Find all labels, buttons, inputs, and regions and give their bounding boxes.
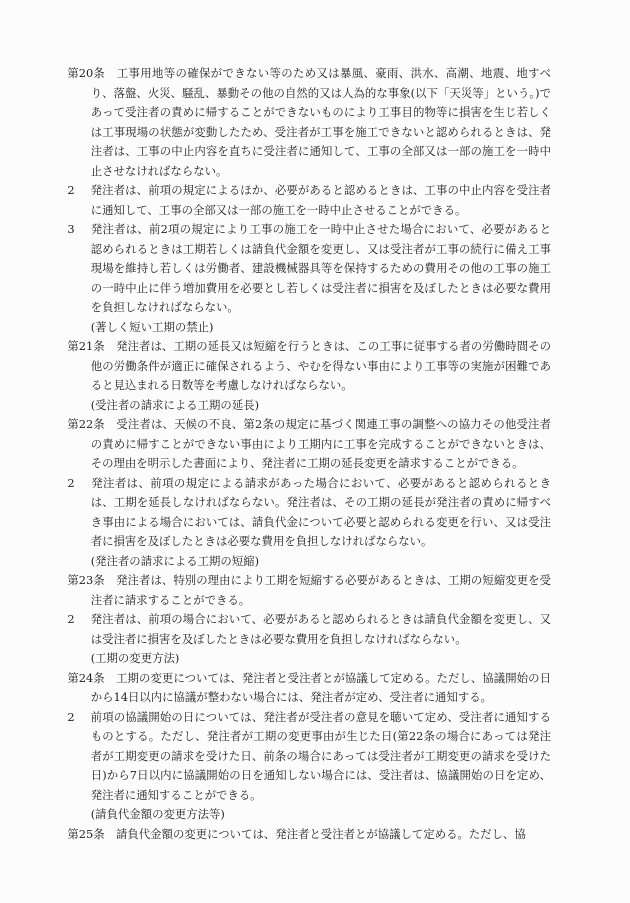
clause-text: 発注者は、前項の規定による請求があった場合において、必要があると認められるときは… — [91, 476, 551, 549]
clause-text: 発注者は、前2項の規定により工事の施工を一時中止させた場合において、必要があると… — [91, 222, 551, 314]
article-22-clause-2: 2 発注者は、前項の規定による請求があった場合において、必要があると認められると… — [79, 474, 551, 552]
article-22: 第22条 受注者は、天候の不良、第2条の規定に基づく関連工事の調整への協力その他… — [79, 415, 551, 474]
article-24: 第24条 工期の変更については、発注者と受注者とが協議して定める。ただし、協議開… — [79, 669, 551, 708]
document-page: 第20条 工事用地等の確保ができない等のため又は暴風、豪雨、洪水、高潮、地震、地… — [79, 64, 551, 844]
article-number: 第22条 — [79, 415, 105, 435]
article-20: 第20条 工事用地等の確保ができない等のため又は暴風、豪雨、洪水、高潮、地震、地… — [79, 64, 551, 181]
article-20-clause-2: 2 発注者は、前項の規定によるほか、必要があると認めるときは、工事の中止内容を受… — [79, 181, 551, 220]
article-23-clause-2: 2 発注者は、前項の場合において、必要があると認められるときは請負代金額を変更し… — [79, 610, 551, 649]
article-23: 第23条 発注者は、特別の理由により工期を短縮する必要があるときは、工期の短縮変… — [79, 571, 551, 610]
section-heading: (請負代金額の変更方法等) — [79, 805, 551, 825]
article-number: 第25条 — [79, 825, 105, 845]
clause-text: 発注者は、前項の規定によるほか、必要があると認めるときは、工事の中止内容を受注者… — [91, 183, 551, 217]
article-number: 第20条 — [79, 64, 105, 84]
article-text: 受注者は、天候の不良、第2条の規定に基づく関連工事の調整への協力その他受注者の責… — [91, 417, 551, 470]
clause-text: 前項の協議開始の日については、発注者が受注者の意見を聴いて定め、受注者に通知する… — [91, 710, 551, 802]
article-text: 工期の変更については、発注者と受注者とが協議して定める。ただし、協議開始の日から… — [91, 671, 551, 705]
section-heading: (著しく短い工期の禁止) — [79, 318, 551, 338]
article-24-clause-2: 2 前項の協議開始の日については、発注者が受注者の意見を聴いて定め、受注者に通知… — [79, 708, 551, 806]
article-21: 第21条 発注者は、工期の延長又は短縮を行うときは、この工事に従事する者の労働時… — [79, 337, 551, 396]
article-20-clause-3: 3 発注者は、前2項の規定により工事の施工を一時中止させた場合において、必要があ… — [79, 220, 551, 318]
section-heading: (工期の変更方法) — [79, 649, 551, 669]
article-text: 工事用地等の確保ができない等のため又は暴風、豪雨、洪水、高潮、地震、地すべり、落… — [91, 66, 551, 178]
article-number: 第21条 — [79, 337, 105, 357]
article-number: 第23条 — [79, 571, 105, 591]
section-heading: (受注者の請求による工期の延長) — [79, 396, 551, 416]
article-25: 第25条 請負代金額の変更については、発注者と受注者とが協議して定める。ただし、… — [79, 825, 551, 845]
article-number: 第24条 — [79, 669, 105, 689]
article-text: 請負代金額の変更については、発注者と受注者とが協議して定める。ただし、協 — [116, 827, 526, 841]
article-text: 発注者は、工期の延長又は短縮を行うときは、この工事に従事する者の労働時間その他の… — [91, 339, 551, 392]
article-text: 発注者は、特別の理由により工期を短縮する必要があるときは、工期の短縮変更を受注者… — [91, 573, 551, 607]
clause-text: 発注者は、前項の場合において、必要があると認められるときは請負代金額を変更し、又… — [91, 612, 551, 646]
section-heading: (発注者の請求による工期の短縮) — [79, 552, 551, 572]
